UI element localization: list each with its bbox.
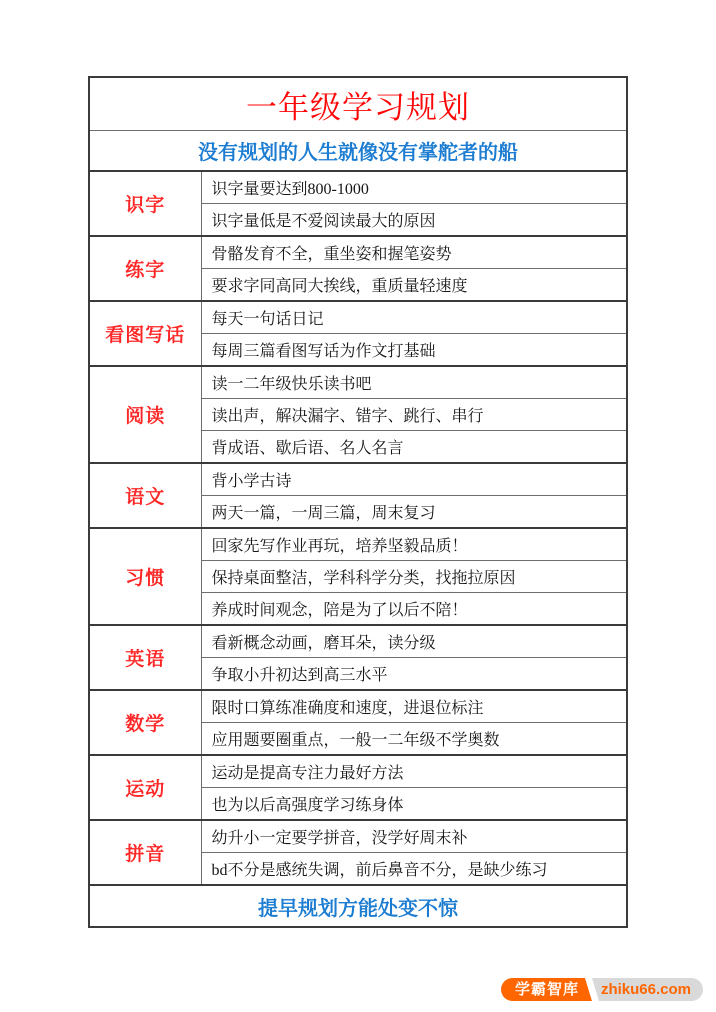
site-domain: zhiku66.com [589, 978, 703, 1001]
table-row: 练字骨骼发育不全，重坐姿和握笔姿势 [89, 236, 627, 269]
table-row: 语文背小学古诗 [89, 463, 627, 496]
page-footer: 提早规划方能处变不惊 [89, 885, 627, 927]
category-label: 识字 [89, 171, 201, 236]
page-subtitle: 没有规划的人生就像没有掌舵者的船 [89, 131, 627, 172]
table-row: 看图写话每天一句话日记 [89, 301, 627, 334]
category-label: 拼音 [89, 820, 201, 885]
category-label: 练字 [89, 236, 201, 301]
table-row: 拼音幼升小一定要学拼音，没学好周末补 [89, 820, 627, 853]
plan-item: 保持桌面整洁，学科科学分类，找拖拉原因 [201, 561, 627, 593]
category-label: 英语 [89, 625, 201, 690]
plan-item: 争取小升初达到高三水平 [201, 658, 627, 691]
watermark-badge: 学霸智库 zhiku66.com [501, 978, 703, 1001]
plan-groups: 识字识字量要达到800-1000识字量低是不爱阅读最大的原因练字骨骼发育不全，重… [89, 171, 627, 885]
category-label: 阅读 [89, 366, 201, 463]
page-title: 一年级学习规划 [89, 77, 627, 131]
table-row: 阅读读一二年级快乐读书吧 [89, 366, 627, 399]
plan-item: 每天一句话日记 [201, 301, 627, 334]
table-row: 识字识字量要达到800-1000 [89, 171, 627, 204]
category-label: 语文 [89, 463, 201, 528]
plan-item: 应用题要圈重点，一般一二年级不学奥数 [201, 723, 627, 756]
plan-item: 养成时间观念，陪是为了以后不陪！ [201, 593, 627, 626]
table-row: 运动运动是提高专注力最好方法 [89, 755, 627, 788]
plan-item: 背小学古诗 [201, 463, 627, 496]
plan-item: 看新概念动画，磨耳朵，读分级 [201, 625, 627, 658]
title-row: 一年级学习规划 [89, 77, 627, 131]
category-label: 数学 [89, 690, 201, 755]
category-label: 看图写话 [89, 301, 201, 366]
plan-item: 识字量要达到800-1000 [201, 171, 627, 204]
subtitle-row: 没有规划的人生就像没有掌舵者的船 [89, 131, 627, 172]
table-row: 英语看新概念动画，磨耳朵，读分级 [89, 625, 627, 658]
plan-item: 幼升小一定要学拼音，没学好周末补 [201, 820, 627, 853]
plan-item: 每周三篇看图写话为作文打基础 [201, 334, 627, 367]
plan-item: 也为以后高强度学习练身体 [201, 788, 627, 821]
brand-badge: 学霸智库 [501, 978, 595, 1001]
table-row: 习惯回家先写作业再玩，培养坚毅品质！ [89, 528, 627, 561]
category-label: 运动 [89, 755, 201, 820]
category-label: 习惯 [89, 528, 201, 625]
plan-item: 回家先写作业再玩，培养坚毅品质！ [201, 528, 627, 561]
plan-item: 运动是提高专注力最好方法 [201, 755, 627, 788]
table-row: 数学限时口算练准确度和速度，进退位标注 [89, 690, 627, 723]
plan-item: 限时口算练准确度和速度，进退位标注 [201, 690, 627, 723]
plan-item: 识字量低是不爱阅读最大的原因 [201, 204, 627, 237]
plan-item: 两天一篇，一周三篇，周末复习 [201, 496, 627, 529]
plan-item: 骨骼发育不全，重坐姿和握笔姿势 [201, 236, 627, 269]
page: 一年级学习规划 没有规划的人生就像没有掌舵者的船 识字识字量要达到800-100… [0, 0, 716, 1012]
plan-item: 读一二年级快乐读书吧 [201, 366, 627, 399]
study-plan-table: 一年级学习规划 没有规划的人生就像没有掌舵者的船 识字识字量要达到800-100… [88, 76, 628, 928]
plan-item: 背成语、歇后语、名人名言 [201, 431, 627, 464]
plan-item: bd不分是感统失调，前后鼻音不分，是缺少练习 [201, 853, 627, 886]
plan-item: 读出声，解决漏字、错字、跳行、串行 [201, 399, 627, 431]
footer-row: 提早规划方能处变不惊 [89, 885, 627, 927]
plan-item: 要求字同高同大挨线，重质量轻速度 [201, 269, 627, 302]
